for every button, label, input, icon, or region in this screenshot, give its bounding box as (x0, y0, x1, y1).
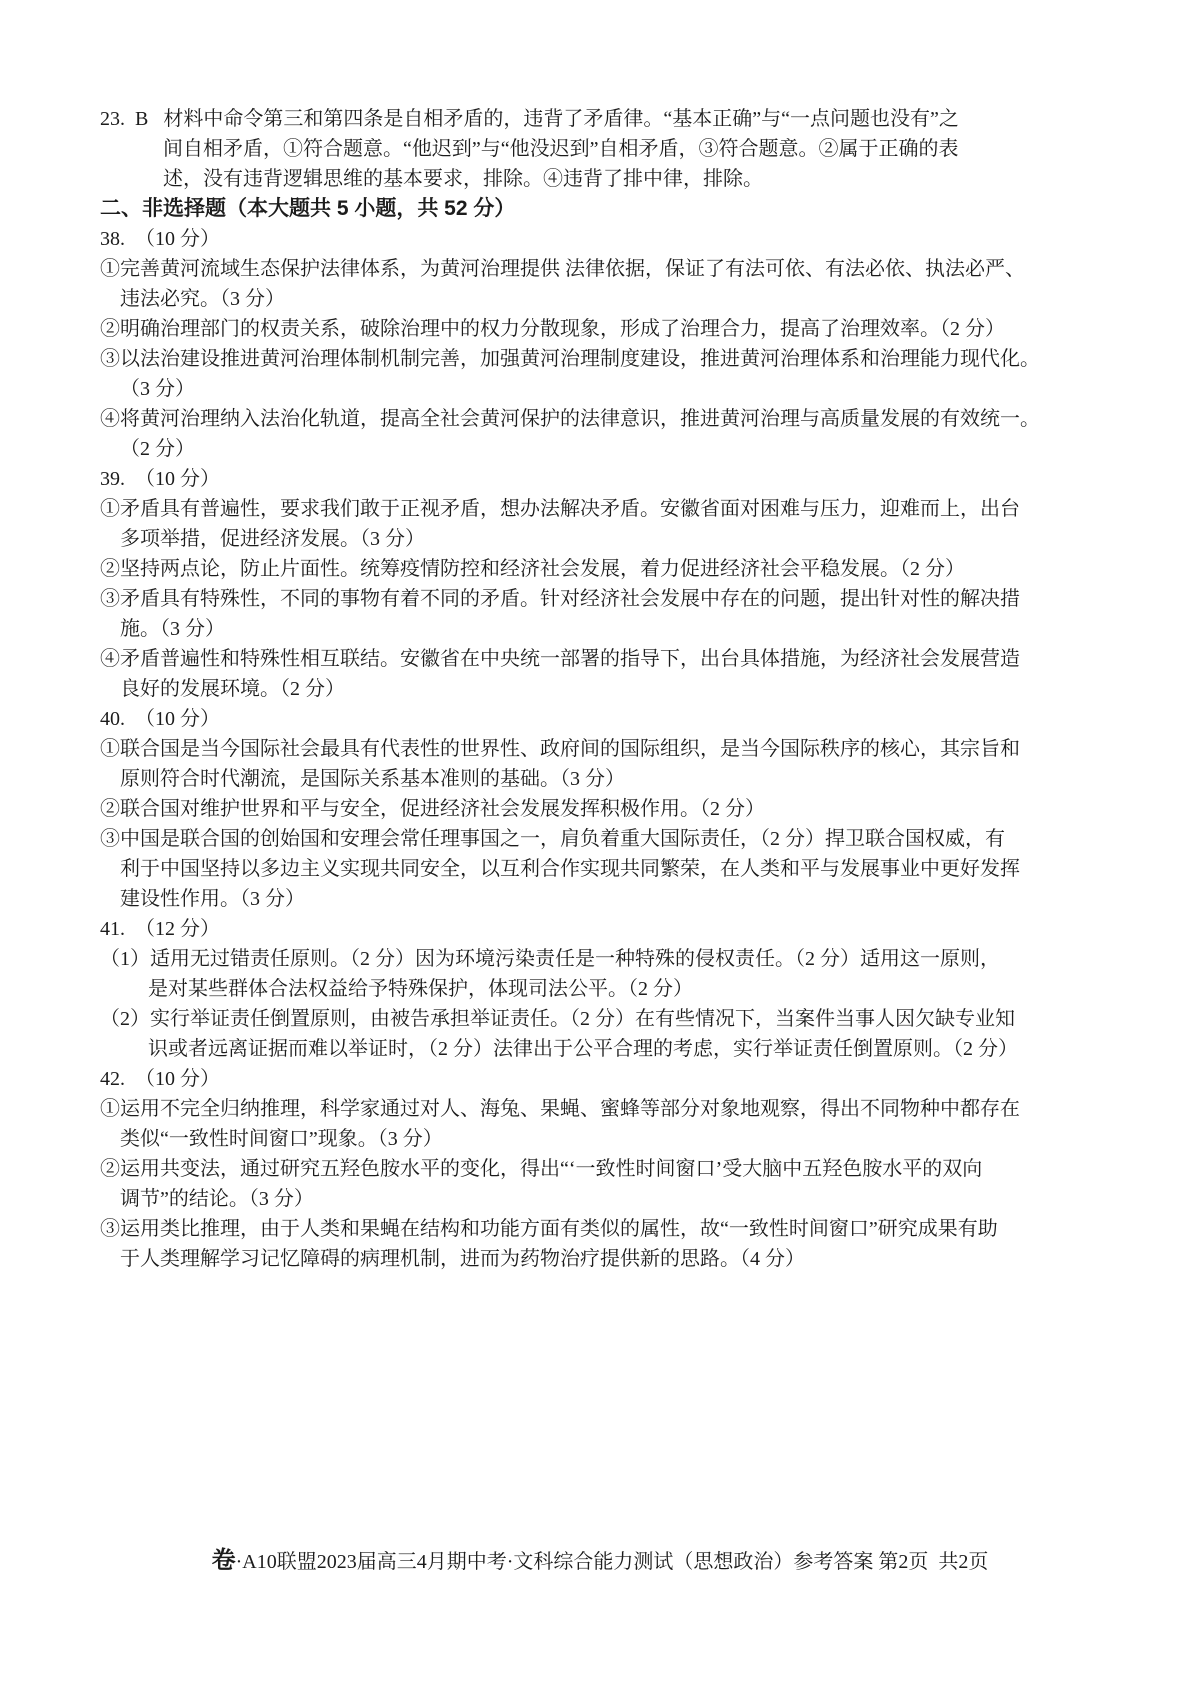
answer-line: 多项举措，促进经济发展。（3 分） (100, 524, 1060, 554)
footer-text: ·A10联盟2023届高三4月期中考·文科综合能力测试（思想政治）参考答案 第2… (236, 1551, 989, 1573)
answer-line: 类似“一致性时间窗口”现象。（3 分） (100, 1124, 1060, 1154)
answer-line: ②联合国对维护世界和平与安全，促进经济社会发展发挥积极作用。（2 分） (100, 794, 1060, 824)
footer-exam-logo: 卷 (212, 1548, 236, 1574)
answer-line: 是对某些群体合法权益给予特殊保护，体现司法公平。（2 分） (100, 974, 1060, 1004)
answer-line: 于人类理解学习记忆障碍的病理机制，进而为药物治疗提供新的思路。（4 分） (100, 1244, 1060, 1274)
question-number: 40. （10 分） (100, 704, 1060, 734)
answer-line: 识或者远离证据而难以举证时，（2 分）法律出于公平合理的考虑，实行举证责任倒置原… (100, 1034, 1060, 1064)
answer-line: ③矛盾具有特殊性，不同的事物有着不同的矛盾。针对经济社会发展中存在的问题，提出针… (100, 584, 1060, 614)
answer-38: 38. （10 分） ①完善黄河流域生态保护法律体系，为黄河治理提供 法律依据，… (100, 224, 1060, 464)
question-number: 39. （10 分） (100, 464, 1060, 494)
question-number: 38. （10 分） (100, 224, 1060, 254)
question-number: 41. （12 分） (100, 914, 1060, 944)
answer-line: （2）实行举证责任倒置原则，由被告承担举证责任。（2 分）在有些情况下，当案件当… (100, 1004, 1060, 1034)
answer-line: 施。（3 分） (100, 614, 1060, 644)
answer-line: 述，没有违背逻辑思维的基本要求，排除。④违背了排中律，排除。 (100, 164, 1060, 194)
answer-line: ①联合国是当今国际社会最具有代表性的世界性、政府间的国际组织，是当今国际秩序的核… (100, 734, 1060, 764)
answer-line: 利于中国坚持以多边主义实现共同安全，以互利合作实现共同繁荣，在人类和平与发展事业… (100, 854, 1060, 884)
answer-line: 间自相矛盾，①符合题意。“他迟到”与“他没迟到”自相矛盾，③符合题意。②属于正确… (100, 134, 1060, 164)
answer-40: 40. （10 分） ①联合国是当今国际社会最具有代表性的世界性、政府间的国际组… (100, 704, 1060, 914)
answer-line: ④矛盾普遍性和特殊性相互联结。安徽省在中央统一部署的指导下，出台具体措施，为经济… (100, 644, 1060, 674)
section-2-header: 二、非选择题（本大题共 5 小题，共 52 分） (100, 194, 1060, 224)
answer-content: 23. B 材料中命令第三和第四条是自相矛盾的，违背了矛盾律。“基本正确”与“一… (100, 104, 1060, 1274)
answer-sheet-page: 23. B 材料中命令第三和第四条是自相矛盾的，违背了矛盾律。“基本正确”与“一… (0, 0, 1200, 1697)
question-number: 42. （10 分） (100, 1064, 1060, 1094)
answer-line: （2 分） (100, 434, 1060, 464)
answer-line: ③中国是联合国的创始国和安理会常任理事国之一，肩负着重大国际责任，（2 分）捍卫… (100, 824, 1060, 854)
answer-line: ①完善黄河流域生态保护法律体系，为黄河治理提供 法律依据，保证了有法可依、有法必… (100, 254, 1060, 284)
answer-line: 建设性作用。（3 分） (100, 884, 1060, 914)
answer-line: （3 分） (100, 374, 1060, 404)
answer-line: ③运用类比推理，由于人类和果蝇在结构和功能方面有类似的属性，故“一致性时间窗口”… (100, 1214, 1060, 1244)
answer-line: 违法必究。（3 分） (100, 284, 1060, 314)
answer-41: 41. （12 分） （1）适用无过错责任原则。（2 分）因为环境污染责任是一种… (100, 914, 1060, 1064)
answer-line: ④将黄河治理纳入法治化轨道，提高全社会黄河保护的法律意识，推进黄河治理与高质量发… (100, 404, 1060, 434)
answer-23: 23. B 材料中命令第三和第四条是自相矛盾的，违背了矛盾律。“基本正确”与“一… (100, 104, 1060, 194)
answer-39: 39. （10 分） ①矛盾具有普遍性，要求我们敢于正视矛盾，想办法解决矛盾。安… (100, 464, 1060, 704)
answer-line: 原则符合时代潮流，是国际关系基本准则的基础。（3 分） (100, 764, 1060, 794)
answer-line: ②坚持两点论，防止片面性。统筹疫情防控和经济社会发展，着力促进经济社会平稳发展。… (100, 554, 1060, 584)
answer-42: 42. （10 分） ①运用不完全归纳推理，科学家通过对人、海兔、果蝇、蜜蜂等部… (100, 1064, 1060, 1274)
answer-line: ③以法治建设推进黄河治理体制机制完善，加强黄河治理制度建设，推进黄河治理体系和治… (100, 344, 1060, 374)
page-footer: 卷·A10联盟2023届高三4月期中考·文科综合能力测试（思想政治）参考答案 第… (0, 1540, 1200, 1575)
answer-line: ①矛盾具有普遍性，要求我们敢于正视矛盾，想办法解决矛盾。安徽省面对困难与压力，迎… (100, 494, 1060, 524)
answer-line: 调节”的结论。（3 分） (100, 1184, 1060, 1214)
answer-line: ②运用共变法，通过研究五羟色胺水平的变化，得出“‘一致性时间窗口’受大脑中五羟色… (100, 1154, 1060, 1184)
answer-line: ①运用不完全归纳推理，科学家通过对人、海兔、果蝇、蜜蜂等部分对象地观察，得出不同… (100, 1094, 1060, 1124)
answer-line: （1）适用无过错责任原则。（2 分）因为环境污染责任是一种特殊的侵权责任。（2 … (100, 944, 1060, 974)
answer-line: 良好的发展环境。（2 分） (100, 674, 1060, 704)
answer-line: ②明确治理部门的权责关系，破除治理中的权力分散现象，形成了治理合力，提高了治理效… (100, 314, 1060, 344)
answer-line: 23. B 材料中命令第三和第四条是自相矛盾的，违背了矛盾律。“基本正确”与“一… (100, 104, 1060, 134)
